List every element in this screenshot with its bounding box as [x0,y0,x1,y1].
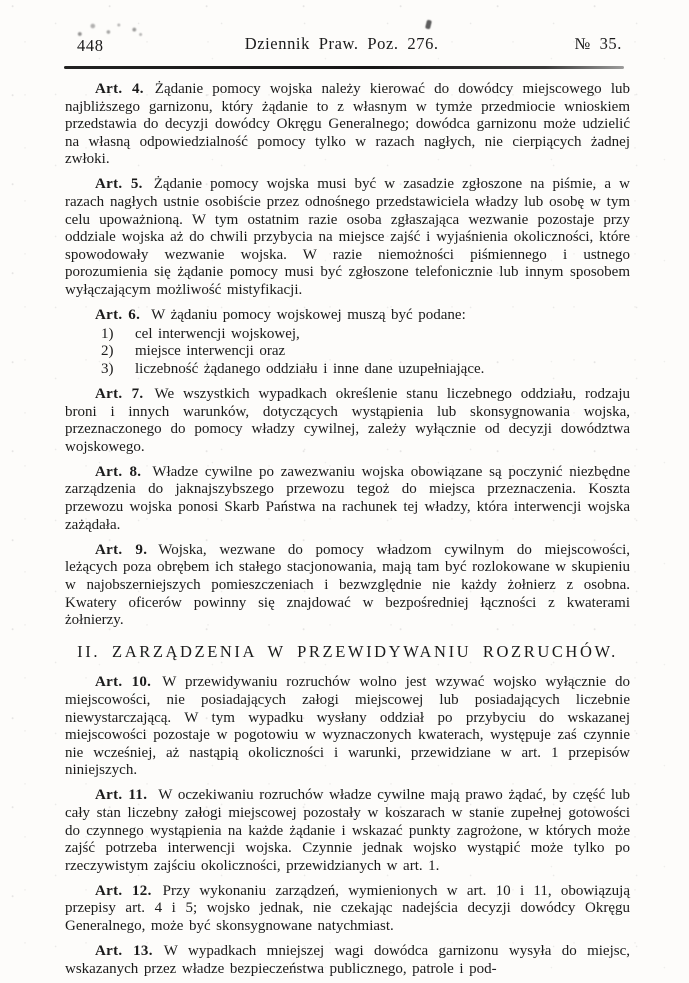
article-label: Art. 5. [95,176,143,192]
document-page: 448 Dziennik Praw. Poz. 276. № 35. Art. … [0,0,689,983]
article-label: Art. 13. [95,943,153,959]
article-text: W żądaniu pomocy wojskowej muszą być pod… [151,307,466,323]
page-number: 448 [77,36,104,56]
item-text: liczebność żądanego oddziału i inne dane… [135,361,484,379]
article-label: Art. 10. [95,674,151,690]
article-label: Art. 4. [95,81,144,97]
article-4: Art. 4.Żądanie pomocy wojska należy kier… [65,81,630,169]
section-title: ZARZĄDZENIA W PRZEWIDYWANIU ROZRUCHÓW. [112,642,618,661]
article-label: Art. 11. [95,787,147,803]
document-body: Art. 4.Żądanie pomocy wojska należy kier… [65,81,630,983]
issue-number: № 35. [575,34,623,54]
section-number: II. [77,642,100,661]
header-rule [64,66,624,69]
article-13: Art. 13.W wypadkach mniejszej wagi dowód… [65,943,630,978]
article-text: W oczekiwaniu rozruchów władze cywilne m… [65,787,630,873]
article-label: Art. 7. [95,386,143,402]
article-text: Żądanie pomocy wojska musi być w zasadzi… [65,176,630,298]
article-5: Art. 5.Żądanie pomocy wojska musi być w … [65,176,630,299]
article-label: Art. 12. [95,883,152,899]
article-text: Żądanie pomocy wojska należy kierować do… [65,81,630,167]
page-header: 448 Dziennik Praw. Poz. 276. № 35. [65,34,630,56]
article-label: Art. 6. [95,307,140,323]
item-text: cel interwencji wojskowej, [135,326,300,344]
list-item: 1)cel interwencji wojskowej, [65,326,630,344]
article-10: Art. 10.W przewidywaniu rozruchów wolno … [65,674,630,780]
item-text: miejsce interwencji oraz [135,343,285,361]
list-item: 2)miejsce interwencji oraz [65,343,630,361]
item-number: 1) [65,326,135,344]
list-item: 3)liczebność żądanego oddziału i inne da… [65,361,630,379]
article-11: Art. 11.W oczekiwaniu rozruchów władze c… [65,787,630,875]
article-text: Władze cywilne po zawezwaniu wojska obow… [65,464,630,533]
article-7: Art. 7.We wszystkich wypadkach określeni… [65,386,630,456]
article-text: We wszystkich wypadkach określenie stanu… [65,386,630,455]
scan-mark [425,20,432,30]
article-label: Art. 9. [95,542,147,558]
article-9: Art. 9.Wojska, wezwane do pomocy władzom… [65,542,630,630]
article-text: Wojska, wezwane do pomocy władzom cywiln… [65,542,630,628]
article-12: Art. 12.Przy wykonaniu zarządzeń, wymien… [65,883,630,936]
article-label: Art. 8. [95,464,141,480]
article-8: Art. 8.Władze cywilne po zawezwaniu wojs… [65,464,630,534]
section-heading: II.ZARZĄDZENIA W PRZEWIDYWANIU ROZRUCHÓW… [65,643,630,661]
article-6: Art. 6.W żądaniu pomocy wojskowej muszą … [65,307,630,325]
item-number: 2) [65,343,135,361]
article-6-list: 1)cel interwencji wojskowej, 2)miejsce i… [65,326,630,379]
item-number: 3) [65,361,135,379]
journal-title: Dziennik Praw. Poz. 276. [245,34,439,54]
